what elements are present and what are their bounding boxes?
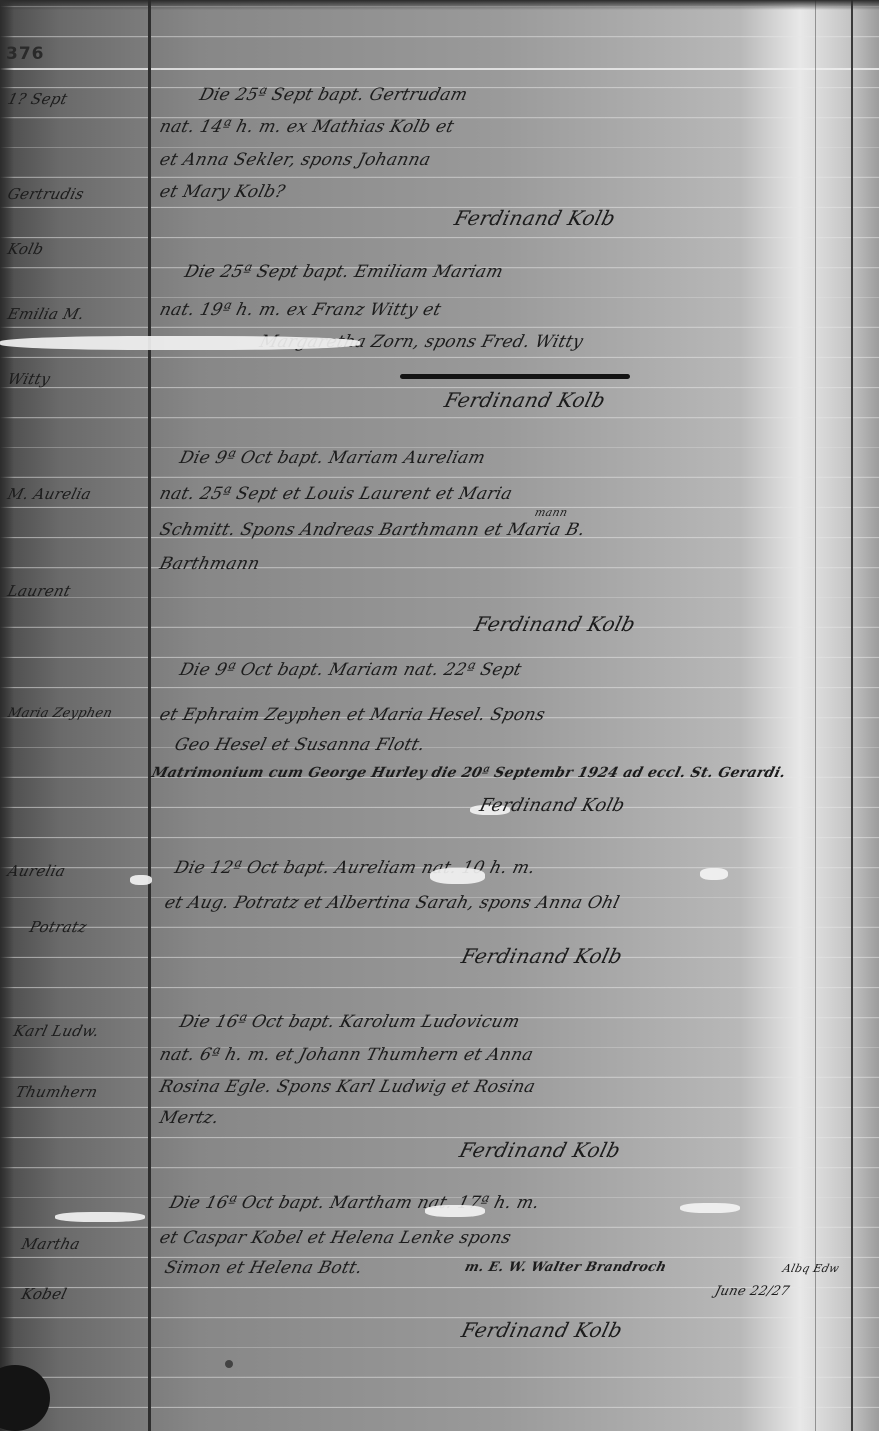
entry-line: nat. 19ª h. m. ex Franz Witty et <box>158 300 444 320</box>
margin-name: Gertrudis <box>6 185 86 203</box>
entry-line: Simon et Helena Bott. <box>163 1258 365 1278</box>
entry-line: et Ephraim Zeyphen et Maria Hesel. Spons <box>158 705 548 725</box>
margin-surname: Thumhern <box>14 1083 100 1101</box>
scan-shadow-top <box>0 0 879 10</box>
margin-annotation: m. E. W. Walter Brandroch <box>463 1260 668 1275</box>
priest-signature: Ferdinand Kolb <box>472 612 638 636</box>
margin-rule <box>148 0 151 1431</box>
priest-signature: Ferdinand Kolb <box>477 795 627 816</box>
header-rule <box>0 68 879 70</box>
page-damage <box>700 868 728 880</box>
margin-surname: Kolb <box>6 240 46 258</box>
entry-line: Barthmann <box>158 554 262 574</box>
margin-name: Aurelia <box>6 862 68 880</box>
priest-signature: Ferdinand Kolb <box>457 1138 623 1162</box>
margin-name: Karl Ludw. <box>12 1022 101 1040</box>
margin-annotation-tail: Albq Edw <box>781 1262 840 1275</box>
entry-line: Mertz. <box>158 1108 222 1128</box>
interlinear-correction: mann <box>533 506 569 519</box>
priest-signature: Ferdinand Kolb <box>459 944 625 968</box>
margin-surname: Witty <box>6 370 52 388</box>
entry-line: et Mary Kolb? <box>158 182 288 202</box>
entry-line: et Anna Sekler, spons Johanna <box>158 150 433 170</box>
entry-line: et Aug. Potratz et Albertina Sarah, spon… <box>163 893 622 913</box>
margin-surname: Potratz <box>28 918 89 936</box>
page-damage <box>425 1205 485 1217</box>
margin-name: Martha <box>20 1235 82 1253</box>
page-damage <box>430 868 485 884</box>
page-damage <box>55 1212 145 1222</box>
entry-line: Rosina Egle. Spons Karl Ludwig et Rosina <box>158 1077 538 1097</box>
register-page: 376 1? Sept Gertrudis Kolb Die 25ª Sept … <box>0 0 879 1431</box>
page-damage <box>130 875 152 885</box>
entry-line: Geo Hesel et Susanna Flott. <box>173 735 428 755</box>
entry-line: nat. 25ª Sept et Louis Laurent et Maria <box>158 484 515 504</box>
margin-name: Emilia M. <box>6 305 87 323</box>
right-margin-rule <box>851 0 853 1431</box>
page-damage <box>0 336 360 350</box>
marriage-note: Matrimonium cum George Hurley die 20ª Se… <box>150 765 787 781</box>
priest-signature: Ferdinand Kolb <box>459 1318 625 1342</box>
page-number: 376 <box>6 44 45 64</box>
entry-line: Die 25ª Sept bapt. Gertrudam <box>198 85 470 105</box>
margin-surname: Kobel <box>20 1285 69 1303</box>
entry-line: Die 25ª Sept bapt. Emiliam Mariam <box>183 262 506 282</box>
margin-date: 1? Sept <box>6 90 70 108</box>
page-damage <box>680 1203 740 1213</box>
margin-surname: Laurent <box>6 582 73 600</box>
entry-line: Die 9ª Oct bapt. Mariam nat. 22ª Sept <box>178 660 524 680</box>
pen-stroke <box>400 374 630 379</box>
entry-line: Die 16ª Oct bapt. Karolum Ludovicum <box>178 1012 522 1032</box>
right-faint-rule <box>815 0 816 1431</box>
margin-name: M. Aurelia <box>6 485 93 503</box>
entry-line: Die 9ª Oct bapt. Mariam Aureliam <box>178 448 488 468</box>
priest-signature: Ferdinand Kolb <box>442 388 608 412</box>
entry-line: Die 16ª Oct bapt. Martham nat. 17ª h. m. <box>168 1193 542 1213</box>
entry-line: Schmitt. Spons Andreas Barthmann et Mari… <box>158 520 588 540</box>
entry-line: nat. 14ª h. m. ex Mathias Kolb et <box>158 117 457 137</box>
entry-line: nat. 6ª h. m. et Johann Thumhern et Anna <box>158 1045 536 1065</box>
priest-signature: Ferdinand Kolb <box>452 206 618 230</box>
entry-line: et Caspar Kobel et Helena Lenke spons <box>158 1228 514 1248</box>
annotation-date: June 22/27 <box>713 1284 791 1299</box>
ink-spot <box>225 1360 233 1368</box>
margin-name: Maria Zeyphen <box>6 706 114 721</box>
